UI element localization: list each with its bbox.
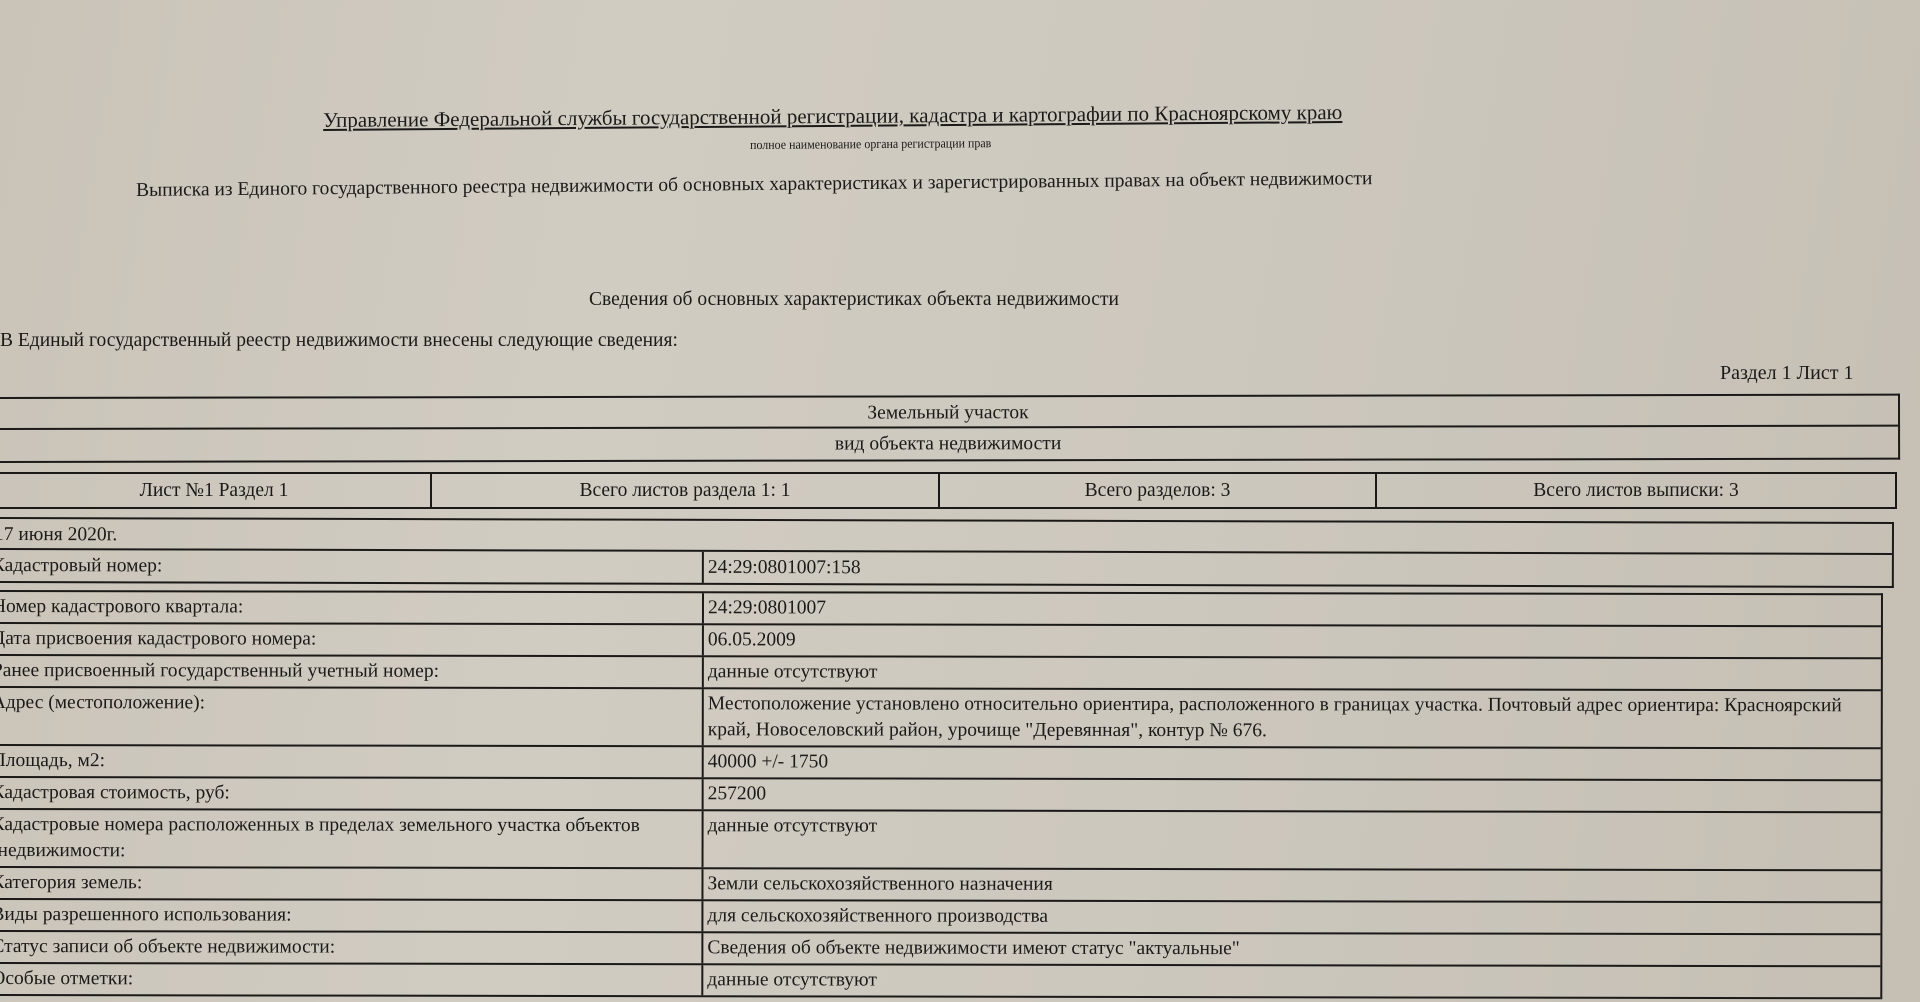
document-page: Управление Федеральной службы государств… — [0, 0, 1920, 1002]
property-label: Ранее присвоенный государственный учетны… — [0, 656, 704, 687]
section-sheets-total: Всего листов раздела 1: 1 — [432, 474, 940, 507]
property-row: Кадастровые номера расположенных в преде… — [0, 810, 1881, 871]
property-label: Дата присвоения кадастрового номера: — [0, 624, 704, 655]
property-value: 06.05.2009 — [704, 625, 1881, 657]
sheet-number: Лист №1 Раздел 1 — [0, 474, 432, 507]
property-row-address: Адрес (местоположение): Местоположение у… — [0, 688, 1881, 749]
properties-table: Номер кадастрового квартала: 24:29:08010… — [0, 590, 1883, 999]
intro-text: В Единый государственный реестр недвижим… — [0, 330, 678, 352]
object-type-row: Земельный участок — [0, 396, 1898, 430]
property-label: Кадастровая стоимость, руб: — [0, 778, 704, 809]
date-row: 17 июня 2020г. — [0, 519, 1892, 555]
registration-authority-name: Управление Федеральной службы государств… — [323, 98, 1563, 133]
sheet-counts-table: Лист №1 Раздел 1 Всего листов раздела 1:… — [0, 472, 1897, 509]
property-row: Дата присвоения кадастрового номера: 06.… — [0, 624, 1881, 659]
property-label: Площадь, м2: — [0, 746, 704, 777]
property-value: Сведения об объекте недвижимости имеют с… — [703, 933, 1880, 965]
property-value: 24:29:0801007 — [704, 593, 1881, 625]
property-label: Адрес (местоположение): — [0, 688, 704, 745]
property-label: Виды разрешенного использования: — [0, 900, 703, 931]
section-title: Сведения об основных характеристиках объ… — [589, 289, 1119, 311]
property-value: 257200 — [704, 779, 1881, 811]
property-row: Статус записи об объекте недвижимости: С… — [0, 932, 1880, 967]
extract-date: 17 июня 2020г. — [0, 519, 1892, 553]
property-value: Земли сельскохозяйственного назначения — [703, 869, 1880, 901]
sections-total: Всего разделов: 3 — [940, 474, 1377, 507]
sheet-counts-row: Лист №1 Раздел 1 Всего листов раздела 1:… — [0, 474, 1895, 507]
document-title: Выписка из Единого государственного реес… — [136, 168, 1372, 202]
property-value: данные отсутствуют — [704, 811, 1881, 869]
property-label: Номер кадастрового квартала: — [0, 592, 704, 623]
property-row: Кадастровая стоимость, руб: 257200 — [0, 778, 1881, 813]
property-label: Особые отметки: — [0, 964, 703, 995]
property-value: данные отсутствуют — [704, 657, 1881, 689]
property-row: Ранее присвоенный государственный учетны… — [0, 656, 1881, 691]
property-row: Особые отметки: данные отсутствуют — [0, 964, 1880, 999]
section-sheet-reference: Раздел 1 Лист 1 — [1720, 362, 1853, 385]
property-row: Виды разрешенного использования: для сел… — [0, 900, 1880, 935]
property-row: Номер кадастрового квартала: 24:29:08010… — [0, 592, 1881, 627]
property-value: для сельскохозяйственного производства — [703, 901, 1880, 933]
property-row: Категория земель: Земли сельскохозяйстве… — [0, 868, 1881, 903]
cadastral-number-label: Кадастровый номер: — [0, 550, 704, 583]
property-label: Статус записи об объекте недвижимости: — [0, 932, 703, 963]
cadastral-number-row: Кадастровый номер: 24:29:0801007:158 — [0, 550, 1892, 586]
cadastral-number-value: 24:29:0801007:158 — [704, 552, 1892, 586]
object-type-caption: вид объекта недвижимости — [0, 427, 1898, 461]
object-type-caption-row: вид объекта недвижимости — [0, 427, 1898, 461]
date-table: 17 июня 2020г. Кадастровый номер: 24:29:… — [0, 517, 1894, 588]
authority-name-caption: полное наименование органа регистрации п… — [750, 135, 991, 153]
property-row: Площадь, м2: 40000 +/- 1750 — [0, 746, 1881, 781]
property-label: Кадастровые номера расположенных в преде… — [0, 810, 704, 867]
object-type-table: Земельный участок вид объекта недвижимос… — [0, 394, 1900, 463]
property-value: Местоположение установлено относительно … — [704, 689, 1881, 747]
property-value: 40000 +/- 1750 — [704, 747, 1881, 779]
object-type: Земельный участок — [0, 396, 1898, 428]
extract-sheets-total: Всего листов выписки: 3 — [1377, 474, 1895, 507]
property-value: данные отсутствуют — [703, 965, 1880, 997]
property-label: Категория земель: — [0, 868, 704, 899]
